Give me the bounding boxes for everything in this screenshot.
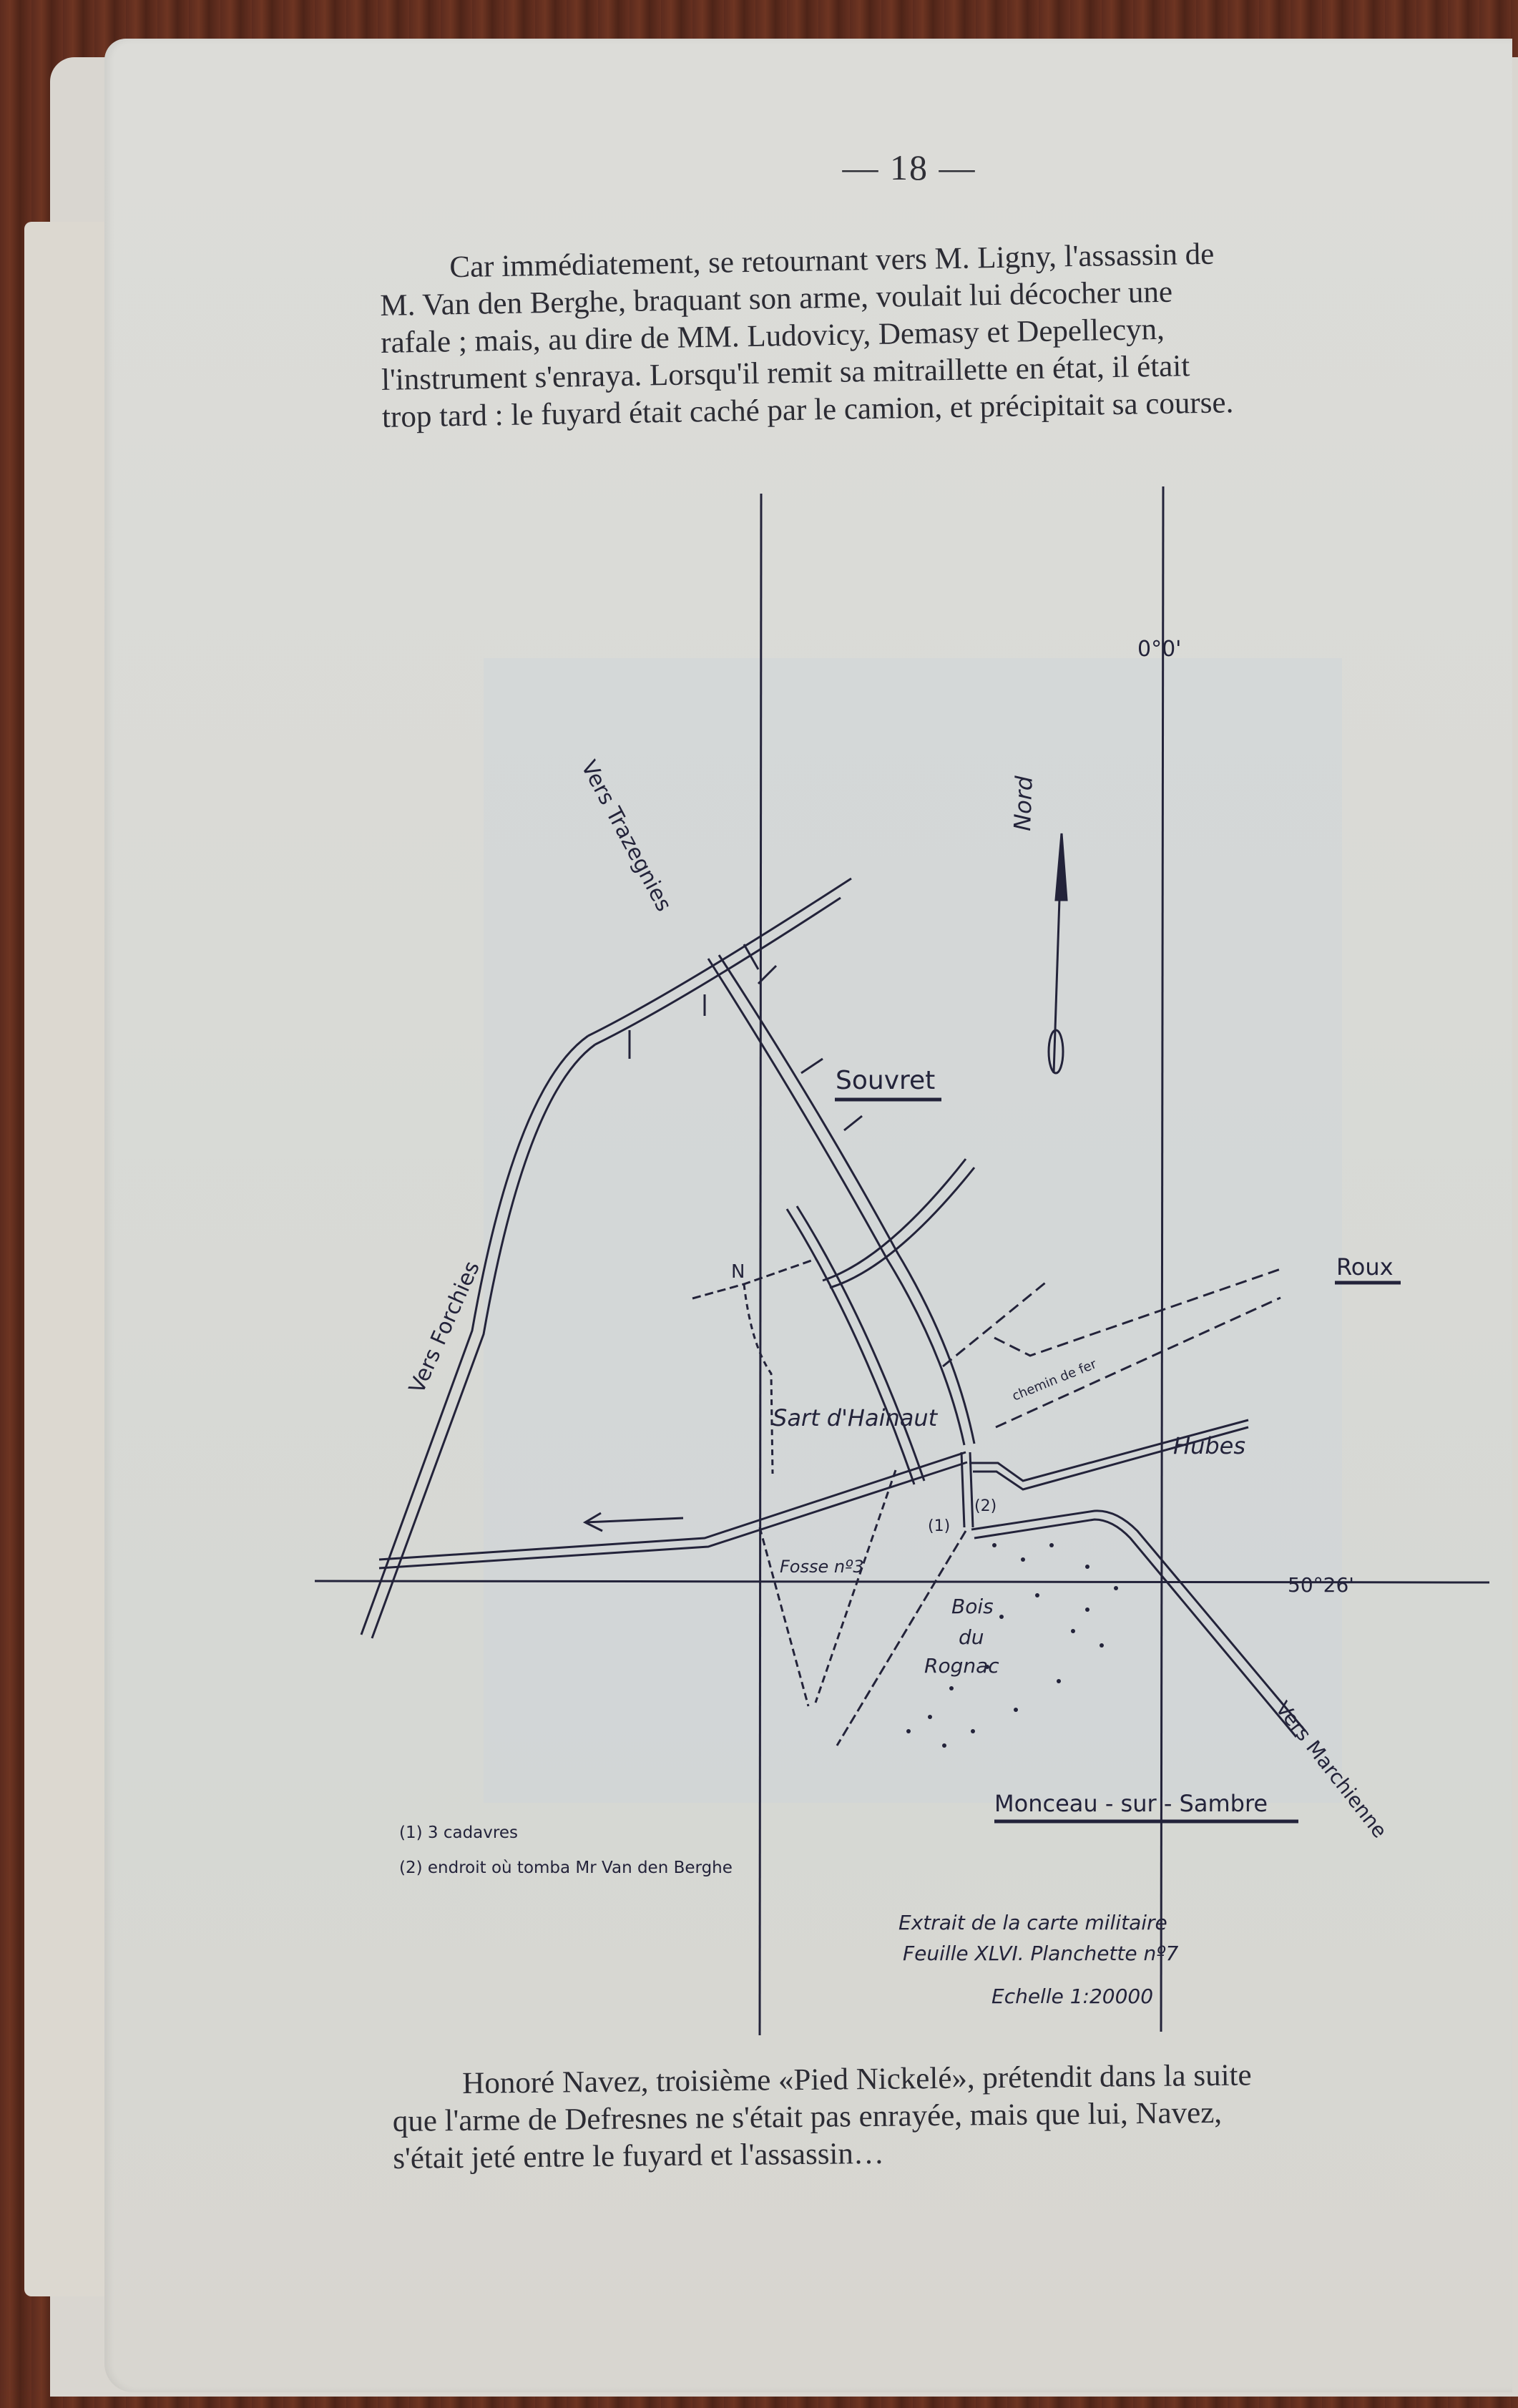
label-underlines	[835, 1100, 1401, 1821]
north-arrow-icon	[1049, 833, 1067, 1073]
place-souvret: Souvret	[836, 1066, 935, 1095]
marker-2: (2)	[974, 1497, 997, 1515]
source-line-3: Echelle 1:20000	[991, 1984, 1153, 2008]
source-line-1: Extrait de la carte militaire	[898, 1911, 1167, 1934]
place-bois-2: du	[959, 1625, 984, 1649]
paragraph-bottom: Honoré Navez, troisième «Pied Nickelé», …	[392, 2055, 1438, 2178]
north-label: Nord	[1009, 775, 1038, 831]
place-hubes: Hubes	[1173, 1432, 1245, 1459]
grid-line-vertical-left	[760, 494, 761, 2035]
place-roux: Roux	[1336, 1253, 1394, 1281]
source-line-2: Feuille XLVI. Planchette nº7	[903, 1942, 1178, 1965]
place-monceau-sur-sambre: Monceau - sur - Sambre	[994, 1790, 1268, 1817]
woodland-stipple	[906, 1543, 1118, 1748]
latitude-label: 50°26'	[1288, 1573, 1354, 1597]
place-fosse-3: Fosse nº3	[780, 1557, 864, 1577]
legend-item-1: (1) 3 cadavres	[399, 1824, 518, 1842]
place-sart-d-hainaut: Sart d'Hainaut	[773, 1404, 939, 1431]
railway-label: chemin de fer	[1010, 1356, 1099, 1404]
place-bois-1: Bois	[951, 1595, 994, 1618]
place-bois-3: Rognac	[924, 1654, 999, 1678]
legend-item-2: (2) endroit où tomba Mr Van den Berghe	[399, 1859, 733, 1877]
direction-arrow-icon	[585, 1513, 683, 1531]
roads	[361, 878, 1306, 1746]
marker-n: N	[731, 1261, 745, 1283]
road-label-trazegnies: Vers Trazegnies	[576, 756, 677, 916]
marker-1: (1)	[928, 1517, 950, 1535]
longitude-label: 0°0'	[1137, 637, 1181, 662]
map-figure: 0°0' 50°26' Nord Vers Trazegnies Vers Fo…	[0, 0, 1518, 2408]
